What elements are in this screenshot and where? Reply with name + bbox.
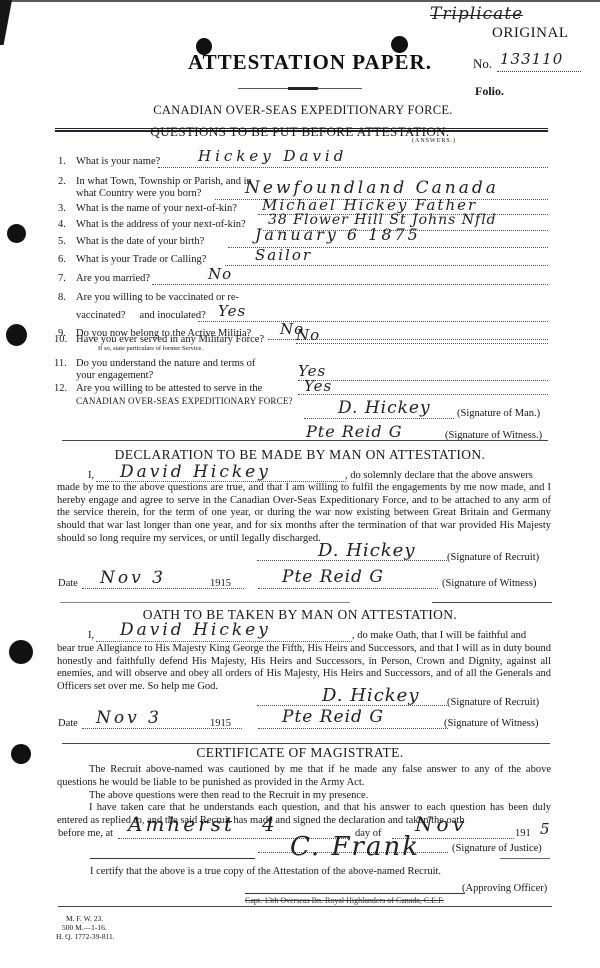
corner-fold-line [0,2,35,72]
question-7: 7.Are you married? [58,273,150,285]
oath-signature-recruit: D. Hickey [322,685,420,706]
justice-signature: C. Frank [290,832,420,862]
page-subtitle: CANADIAN OVER-SEAS EXPEDITIONARY FORCE. [138,103,468,118]
answer-10-military-service: No [296,326,320,344]
answer-line-1 [158,167,548,168]
questions-heading-text: QUESTIONS TO BE PUT BEFORE ATTESTATION. [150,124,449,139]
answer-line-10 [296,343,548,344]
question-1: 1.What is your name? [58,156,160,168]
oath-date-label: Date [58,718,78,729]
answer-12-willing: Yes [304,377,332,395]
declaration-name: David Hickey [120,462,271,482]
answer-line-7 [152,284,548,285]
question-12: 12.Are you willing to be attested to ser… [54,383,262,395]
declaration-witness-line [258,588,438,589]
answer-line-8 [198,321,548,322]
answer-8-vaccinated: Yes [218,302,246,320]
oath-witness-line [258,728,448,729]
question-6: 6.What is your Trade or Calling? [58,254,206,266]
scan-top-border [0,0,600,2]
copy-label: ORIGINAL [492,25,569,42]
magistrate-para-2: The above questions were then read to th… [57,790,551,803]
signature-man-label: (Signature of Man.) [457,408,540,419]
number-label: No. [473,56,492,72]
title-rule [238,88,362,89]
signature-man-line [304,418,454,419]
magistrate-year-label: 191 [515,828,531,840]
question-2: 2.In what Town, Township or Parish, and … [58,176,252,188]
divider [90,858,255,859]
question-8-line2: vaccinated?and inoculated? [76,310,206,322]
magistrate-heading: CERTIFICATE OF MAGISTRATE. [0,745,600,761]
question-8: 8.Are you willing to be vaccinated or re… [58,292,239,304]
declaration-year: 1915 [210,578,231,589]
answers-label: (ANSWERS.) [412,138,456,144]
oath-first-line-text: , do make Oath, that I will be faithful … [352,630,526,642]
answer-line-11 [298,380,548,381]
declaration-signature-recruit-label: (Signature of Recruit) [447,552,539,563]
form-code-3: H. Q. 1772-39-811. [56,932,115,941]
oath-name-line [96,641,352,642]
answer-6-trade: Sailor [255,246,312,264]
divider [58,906,552,907]
approving-officer-line [245,893,465,894]
punch-hole [6,324,27,346]
oath-date: Nov 3 [96,708,162,728]
question-10-note: If so, state particulars of former Servi… [98,345,203,352]
handwritten-triplicate: Triplicate [430,4,523,24]
signature-man: D. Hickey [338,398,431,418]
question-2-line2: what Country were you born? [76,188,201,200]
regimental-number: 133110 [500,50,563,68]
magistrate-day: 4 [262,812,276,836]
punch-hole [7,224,26,243]
number-line [497,71,581,72]
question-12-line2: CANADIAN OVER-SEAS EXPEDITIONARY FORCE? [76,395,293,407]
declaration-date-label: Date [58,578,78,589]
magistrate-para-1: The Recruit above-named was cautioned by… [57,764,551,789]
divider [62,440,548,441]
answer-line-12 [298,394,548,395]
oath-signature-recruit-label: (Signature of Recruit) [447,697,539,708]
question-11: 11.Do you understand the nature and term… [54,358,255,370]
divider [62,743,550,744]
page-title: ATTESTATION PAPER. [180,50,440,75]
approving-officer-printed: Capt. 13th Overseas Bn. Royal Highlander… [245,896,444,905]
answer-7-married: No [208,265,232,283]
oath-prefix: I, [88,630,94,642]
declaration-heading: DECLARATION TO BE MADE BY MAN ON ATTESTA… [0,447,600,463]
answer-line-6 [225,265,548,266]
signature-witness: Pte Reid G [306,422,403,441]
declaration-text: made by me to the above questions are tr… [57,482,551,546]
magistrate-place: Amherst [128,812,235,836]
punch-hole [9,640,33,664]
form-code-2: 500 M.—1-16. [62,923,107,932]
declaration-date: Nov 3 [100,568,166,588]
oath-year: 1915 [210,718,231,729]
declaration-first-line: I, [88,470,94,482]
declaration-signature-witness: Pte Reid G [282,567,384,587]
question-11-line2: your engagement? [76,370,153,382]
oath-signature-witness-label: (Signature of Witness) [444,718,538,729]
justice-signature-label: (Signature of Justice) [452,843,542,854]
oath-text: bear true Allegiance to His Majesty King… [57,643,551,694]
question-3: 3.What is the name of your next-of-kin? [58,203,237,215]
magistrate-before-label: before me, at [58,828,113,840]
answer-5-birth-date: January 6 1875 [255,225,421,244]
oath-name: David Hickey [120,620,271,640]
declaration-first-line-text: , do solemnly declare that the above ans… [345,470,533,482]
answer-1-name: Hickey David [198,147,347,165]
questions-heading: QUESTIONS TO BE PUT BEFORE ATTESTATION. [0,124,600,140]
approving-officer-label: (Approving Officer) [462,883,547,894]
declaration-signature-recruit: D. Hickey [318,540,416,561]
answer-2-birthplace: Newfoundland Canada [245,178,499,198]
certification-text: I certify that the above is a true copy … [90,866,441,878]
magistrate-year-suffix: 5 [540,820,551,838]
divider [432,602,552,603]
folio-label: Folio. [475,84,504,99]
divider [500,858,550,859]
question-4: 4.What is the address of your next-of-ki… [58,219,246,231]
form-code-1: M. F. W. 23. [66,914,103,923]
magistrate-month: Nov [415,812,468,836]
oath-signature-witness: Pte Reid G [282,707,384,727]
question-5: 5.What is the date of your birth? [58,236,204,248]
oath-heading: OATH TO BE TAKEN BY MAN ON ATTESTATION. [0,607,600,623]
declaration-signature-witness-label: (Signature of Witness) [442,578,536,589]
divider [60,602,350,603]
